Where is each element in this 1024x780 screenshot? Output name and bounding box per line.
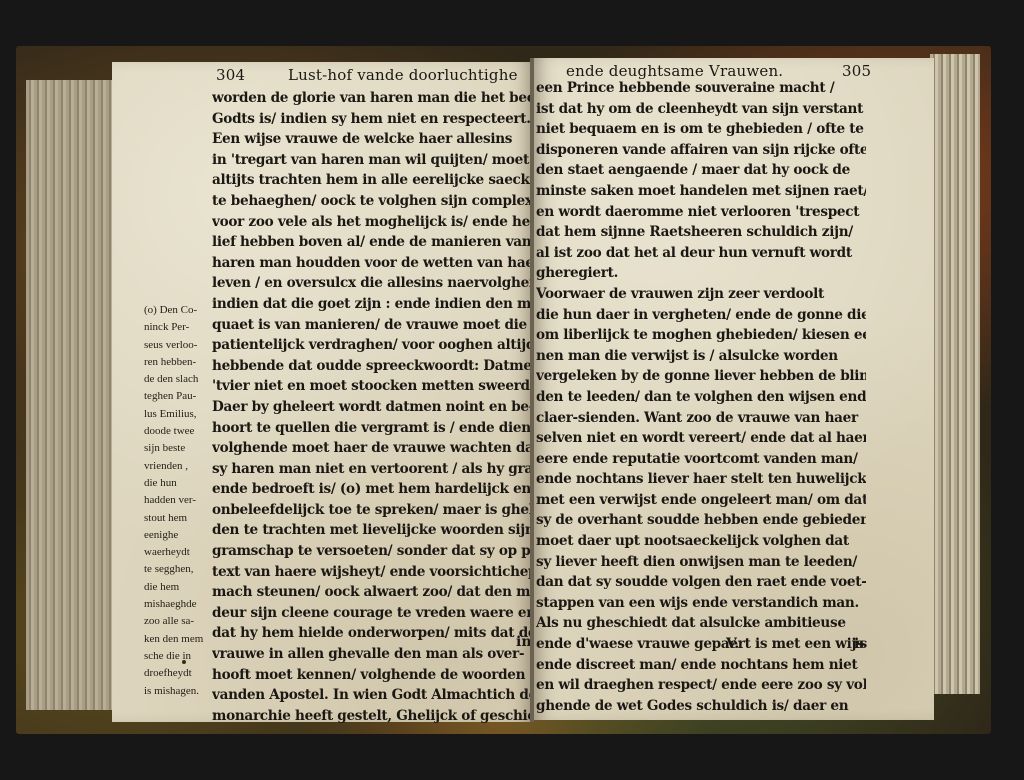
text-line: 'tvier niet en moet stoocken metten swee… [212,376,530,397]
text-line: moet daer upt nootsaeckelijck volghen da… [536,531,866,552]
margin-note-line: ren hebben- [144,354,220,371]
text-line: minste saken moet handelen met sijnen ra… [536,181,866,202]
text-line: hooft moet kennen/ volghende de woorden [212,665,530,686]
text-line: die hun daer in vergheten/ ende de gonne… [536,305,866,326]
text-line: claer-sienden. Want zoo de vrauwe van ha… [536,408,866,429]
text-line: Godts is/ indien sy hem niet en respecte… [212,109,530,130]
right-page: ende deughtsame Vrauwen. 305 een Prince … [534,58,934,720]
text-line: sy haren man niet en vertoorent / als hy… [212,459,530,480]
margin-note-line: teghen Pau- [144,388,220,405]
text-line: ist dat hy om de cleenheydt van sijn ver… [536,99,866,120]
text-line: dat hem sijnne Raetsheeren schuldich zij… [536,222,866,243]
margin-note-line: te segghen, [144,561,220,578]
text-line: vanden Apostel. In wien Godt Almachtich … [212,685,530,706]
text-line: lief hebben boven al/ ende de manieren v… [212,232,530,253]
text-line: hoort te quellen die vergramt is / ende … [212,418,530,439]
text-line: text van haere wijsheyt/ ende voorsichti… [212,562,530,583]
text-line: te behaeghen/ oock te volghen sijn compl… [212,191,530,212]
text-line: gheregiert. [536,263,866,284]
margin-note-line: eenighe [144,527,220,544]
text-line: patientelijck verdraghen/ voor ooghen al… [212,335,530,356]
left-page-edges [26,80,126,710]
text-line: selven niet en wordt vereert/ ende dat a… [536,428,866,449]
text-line: Voorwaer de vrauwen zijn zeer verdoolt [536,284,866,305]
text-line: Daer by gheleert wordt datmen noint en b… [212,397,530,418]
margin-note-line: mishaeghde [144,596,220,613]
margin-note-line: hadden ver- [144,492,220,509]
left-page: 304 Lust-hof vande doorluchtighe (o) Den… [112,62,532,722]
text-line: dat hy hem hielde onderworpen/ mits dat … [212,623,530,644]
text-line: haren man houdden voor de wetten van hae… [212,253,530,274]
margin-note-line: vrienden , [144,458,220,475]
text-line: altijts trachten hem in alle eerelijcke … [212,170,530,191]
text-line: den staet aengaende / maer dat hy oock d… [536,160,866,181]
margin-note-line: stout hem [144,510,220,527]
text-line: deur sijn cleene courage te vreden waere… [212,603,530,624]
signature-mark: V. [726,636,739,652]
text-line: dan dat sy soudde volgen den raet ende v… [536,572,866,593]
text-line: sy liever heeft dien onwijsen man te lee… [536,552,866,573]
text-line: voor zoo vele als het moghelijck is/ end… [212,212,530,233]
text-line: hebbende dat oudde spreeckwoordt: Datmen [212,356,530,377]
text-line: om liberlijck te moghen ghebieden/ kiese… [536,325,866,346]
text-line: disponeren vande affairen van sijn rijck… [536,140,866,161]
ink-speck [182,660,186,664]
margin-note-line: doode twee [144,423,220,440]
text-line: quaet is van manieren/ de vrauwe moet di… [212,315,530,336]
margin-note: (o) Den Co-ninck Per-seus verloo-ren heb… [144,302,220,700]
text-line: ende d'waese vrauwe gepaert is met een w… [536,634,866,655]
text-line: volghende moet haer de vrauwe wachten da… [212,438,530,459]
text-line: eere ende reputatie voortcomt vanden man… [536,449,866,470]
margin-note-line: is mishagen. [144,683,220,700]
margin-note-line: ken den mem [144,631,220,648]
page-body-text: een Prince hebbende souveraine macht /is… [536,78,866,716]
text-line: een Prince hebbende souveraine macht / [536,78,866,99]
text-line: mach steunen/ oock alwaert zoo/ dat den … [212,582,530,603]
margin-note-line: waerheydt [144,544,220,561]
text-line: nen man die verwijst is / alsulcke worde… [536,346,866,367]
margin-note-line: die hem [144,579,220,596]
text-line: leven / en oversulcx die allesins naervo… [212,273,530,294]
text-line: ende discreet man/ ende nochtans hem nie… [536,655,866,676]
text-line: den te trachten met lievelijcke woorden … [212,520,530,541]
margin-note-line: zoo alle sa- [144,613,220,630]
text-line: met een verwijst ende ongeleert man/ om … [536,490,866,511]
margin-note-line: ninck Per- [144,319,220,336]
text-line: indien dat die goet zijn : ende indien d… [212,294,530,315]
margin-note-line: lus Emilius, [144,406,220,423]
catchword: is [854,636,867,652]
text-line: al ist zoo dat het al deur hun vernuft w… [536,243,866,264]
text-line: Een wijse vrauwe de welcke haer allesins [212,129,530,150]
text-line: vrauwe in allen ghevalle den man als ove… [212,644,530,665]
text-line: gramschap te versoeten/ sonder dat sy op… [212,541,530,562]
page-number: 304 [216,66,245,84]
right-page-edges [930,54,980,694]
text-line: Als nu gheschiedt dat alsulcke ambitieus… [536,613,866,634]
text-line: ende bedroeft is/ (o) met hem hardelijck… [212,479,530,500]
margin-note-line: seus verloo- [144,337,220,354]
text-line: en wil draeghen respect/ ende eere zoo s… [536,675,866,696]
margin-note-line: de den slach [144,371,220,388]
margin-note-line: (o) Den Co- [144,302,220,319]
margin-note-line: die hun [144,475,220,492]
text-line: ende nochtans liever haer stelt ten huwe… [536,469,866,490]
text-line: monarchie heeft gestelt, Ghelijck of ges… [212,706,530,727]
margin-note-line: sijn beste [144,440,220,457]
text-line: stappen van een wijs ende verstandich ma… [536,593,866,614]
page-body-text: worden de glorie van haren man die het b… [212,88,530,726]
text-line: onbeleefdelijck toe te spreken/ maer is … [212,500,530,521]
text-line: in 'tregart van haren man wil quijten/ m… [212,150,530,171]
running-title: Lust-hof vande doorluchtighe [288,66,518,84]
text-line: ghende de wet Godes schuldich is/ daer e… [536,696,866,717]
text-line: den te leeden/ dan te volghen den wijsen… [536,387,866,408]
text-line: en wordt daeromme niet verlooren 'trespe… [536,202,866,223]
text-line: niet bequaem en is om te ghebieden / oft… [536,119,866,140]
text-line: sy de overhant soudde hebben ende gebied… [536,510,866,531]
text-line: vergeleken by de gonne liever hebben de … [536,366,866,387]
text-line: worden de glorie van haren man die het b… [212,88,530,109]
margin-note-line: droefheydt [144,665,220,682]
